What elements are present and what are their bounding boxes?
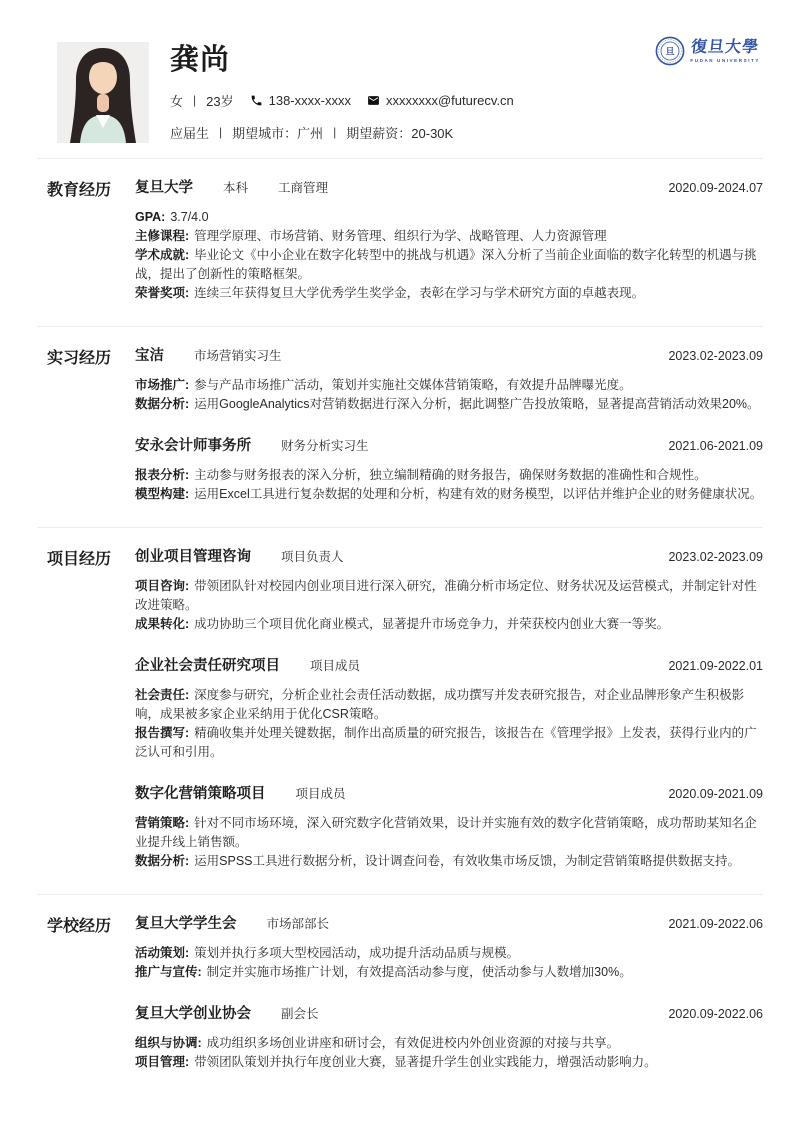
fudan-university-logo: 旦 復旦大學 FUDAN UNIVERSITY: [655, 36, 760, 66]
entry-bullets: 市场推广:参与产品市场推广活动，策划并实施社交媒体营销策略，有效提升品牌曝光度。…: [135, 376, 763, 414]
profile-photo: [57, 42, 149, 143]
svg-text:旦: 旦: [666, 47, 675, 57]
entry-meta: 市场营销实习生: [164, 346, 282, 364]
phone-number: 138-xxxx-xxxx: [269, 93, 351, 108]
section-title: 教育经历: [47, 176, 135, 303]
bullet-label: 报告撰写:: [135, 726, 189, 740]
entry-date: 2021.09-2022.01: [668, 659, 763, 673]
contact-row: 女 | 23岁 138-xxxx-xxxx xxxxxxxx@futurecv.…: [170, 91, 763, 110]
experience-entry: 复旦大学学生会 市场部部长 2021.09-2022.06 活动策划:策划并执行…: [135, 912, 763, 982]
entry-bullet: 社会责任:深度参与研究，分析企业社会责任活动数据，成功撰写并发表研究报告，对企业…: [135, 686, 763, 724]
entry-bullet: 项目管理:带领团队策划并执行年度创业大赛，显著提升学生创业实践能力，增强活动影响…: [135, 1053, 763, 1072]
entry-header: 复旦大学学生会 市场部部长 2021.09-2022.06: [135, 912, 763, 933]
entry-date: 2021.09-2022.06: [668, 917, 763, 931]
section-title: 项目经历: [47, 545, 135, 871]
bullet-text: 运用GoogleAnalytics对营销数据进行深入分析，据此调整广告投放策略，…: [194, 397, 759, 411]
bullet-text: 成功组织多场创业讲座和研讨会，有效促进校内外创业资源的对接与共享。: [207, 1036, 620, 1050]
entry-bullet: 模型构建:运用Excel工具进行复杂数据的处理和分析，构建有效的财务模型，以评估…: [135, 485, 763, 504]
entry-bullet: 报告撰写:精确收集并处理关键数据，制作出高质量的研究报告，该报告在《管理学报》上…: [135, 724, 763, 762]
resume-header: 龚尚 女 | 23岁 138-xxxx-xxxx xxxxxxxx@future…: [0, 0, 800, 158]
bullet-label: 推广与宣传:: [135, 965, 202, 979]
logo-chinese-name: 復旦大學: [690, 38, 760, 56]
resume-section: 项目经历 创业项目管理咨询 项目负责人 2023.02-2023.09 项目咨询…: [37, 527, 763, 894]
bullet-text: 运用SPSS工具进行数据分析，设计调查问卷，有效收集市场反馈，为制定营销策略提供…: [194, 854, 740, 868]
entry-role: 工商管理: [278, 178, 328, 196]
bullet-text: 成功协助三个项目优化商业模式，显著提升市场竞争力，并荣获校内创业大赛一等奖。: [194, 617, 669, 631]
entry-role: 市场营销实习生: [194, 346, 282, 364]
bullet-text: 主动参与财务报表的深入分析，独立编制精确的财务报告，确保财务数据的准确性和合规性…: [194, 468, 707, 482]
entry-bullet: 活动策划:策划并执行多项大型校园活动，成功提升活动品质与规模。: [135, 944, 763, 963]
bullet-text: 连续三年获得复旦大学优秀学生奖学金，表彰在学习与学术研究方面的卓越表现。: [194, 286, 644, 300]
entry-bullet: 报表分析:主动参与财务报表的深入分析，独立编制精确的财务报告，确保财务数据的准确…: [135, 466, 763, 485]
entry-header: 宝洁 市场营销实习生 2023.02-2023.09: [135, 344, 763, 365]
bullet-label: 市场推广:: [135, 378, 189, 392]
bullet-text: 策划并执行多项大型校园活动，成功提升活动品质与规模。: [194, 946, 519, 960]
section-entries: 复旦大学 本科工商管理 2020.09-2024.07 GPA:3.7/4.0 …: [135, 176, 763, 303]
entry-role: 项目负责人: [281, 547, 344, 565]
entry-bullet: 项目咨询:带领团队针对校园内创业项目进行深入研究，准确分析市场定位、财务状况及运…: [135, 577, 763, 615]
bullet-label: 营销策略:: [135, 816, 189, 830]
entry-bullet: 营销策略:针对不同市场环境，深入研究数字化营销效果，设计并实施有效的数字化营销策…: [135, 814, 763, 852]
entry-org: 创业项目管理咨询: [135, 545, 251, 566]
entry-role: 项目成员: [310, 656, 360, 674]
experience-entry: 复旦大学创业协会 副会长 2020.09-2022.06 组织与协调:成功组织多…: [135, 1002, 763, 1072]
entry-meta: 副会长: [251, 1004, 319, 1022]
entry-bullets: 社会责任:深度参与研究，分析企业社会责任活动数据，成功撰写并发表研究报告，对企业…: [135, 686, 763, 762]
section-title: 实习经历: [47, 344, 135, 504]
entry-bullets: 活动策划:策划并执行多项大型校园活动，成功提升活动品质与规模。 推广与宣传:制定…: [135, 944, 763, 982]
entry-role: 副会长: [281, 1004, 319, 1022]
entry-bullet: GPA:3.7/4.0: [135, 208, 763, 227]
resume-section: 实习经历 宝洁 市场营销实习生 2023.02-2023.09 市场推广:参与产…: [37, 326, 763, 527]
entry-bullet: 推广与宣传:制定并实施市场推广计划，有效提高活动参与度，使活动参与人数增加30%…: [135, 963, 763, 982]
section-entries: 创业项目管理咨询 项目负责人 2023.02-2023.09 项目咨询:带领团队…: [135, 545, 763, 871]
entry-header: 数字化营销策略项目 项目成员 2020.09-2021.09: [135, 782, 763, 803]
bullet-text: 深度参与研究，分析企业社会责任活动数据，成功撰写并发表研究报告，对企业品牌形象产…: [135, 688, 744, 721]
entry-bullet: 数据分析:运用GoogleAnalytics对营销数据进行深入分析，据此调整广告…: [135, 395, 763, 414]
bullet-label: 活动策划:: [135, 946, 189, 960]
phone-icon: [250, 94, 263, 107]
entry-bullet: 数据分析:运用SPSS工具进行数据分析，设计调查问卷，有效收集市场反馈，为制定营…: [135, 852, 763, 871]
resume-page: 龚尚 女 | 23岁 138-xxxx-xxxx xxxxxxxx@future…: [0, 0, 800, 1132]
entry-date: 2020.09-2021.09: [668, 787, 763, 801]
separator: |: [219, 125, 222, 139]
bullet-text: 带领团队针对校园内创业项目进行深入研究，准确分析市场定位、财务状况及运营模式，并…: [135, 579, 757, 612]
experience-entry: 企业社会责任研究项目 项目成员 2021.09-2022.01 社会责任:深度参…: [135, 654, 763, 762]
entry-header: 创业项目管理咨询 项目负责人 2023.02-2023.09: [135, 545, 763, 566]
entry-bullets: 营销策略:针对不同市场环境，深入研究数字化营销效果，设计并实施有效的数字化营销策…: [135, 814, 763, 871]
entry-org: 复旦大学: [135, 176, 193, 197]
bullet-text: 参与产品市场推广活动，策划并实施社交媒体营销策略，有效提升品牌曝光度。: [194, 378, 632, 392]
entry-header: 安永会计师事务所 财务分析实习生 2021.06-2021.09: [135, 434, 763, 455]
email-address: xxxxxxxx@futurecv.cn: [386, 93, 514, 108]
bullet-label: 项目管理:: [135, 1055, 189, 1069]
bullet-text: 针对不同市场环境，深入研究数字化营销效果，设计并实施有效的数字化营销策略，成功帮…: [135, 816, 757, 849]
entry-org: 复旦大学学生会: [135, 912, 237, 933]
entry-org: 复旦大学创业协会: [135, 1002, 251, 1023]
experience-entry: 数字化营销策略项目 项目成员 2020.09-2021.09 营销策略:针对不同…: [135, 782, 763, 871]
bullet-text: 管理学原理、市场营销、财务管理、组织行为学、战略管理、人力资源管理: [194, 229, 607, 243]
bullet-label: 学术成就:: [135, 248, 189, 262]
bullet-text: 毕业论文《中小企业在数字化转型中的挑战与机遇》深入分析了当前企业面临的数字化转型…: [135, 248, 757, 281]
entry-header: 企业社会责任研究项目 项目成员 2021.09-2022.01: [135, 654, 763, 675]
age-label: 23岁: [206, 91, 233, 110]
entry-bullet: 荣誉奖项:连续三年获得复旦大学优秀学生奖学金，表彰在学习与学术研究方面的卓越表现…: [135, 284, 763, 303]
entry-role: 财务分析实习生: [281, 436, 369, 454]
entry-bullets: 组织与协调:成功组织多场创业讲座和研讨会，有效促进校内外创业资源的对接与共享。 …: [135, 1034, 763, 1072]
entry-org: 数字化营销策略项目: [135, 782, 266, 803]
experience-entry: 复旦大学 本科工商管理 2020.09-2024.07 GPA:3.7/4.0 …: [135, 176, 763, 303]
bullet-text: 运用Excel工具进行复杂数据的处理和分析，构建有效的财务模型，以评估并维护企业…: [194, 487, 762, 501]
bullet-label: 数据分析:: [135, 397, 189, 411]
entry-role: 项目成员: [296, 784, 346, 802]
expected-salary: 期望薪资：20-30K: [346, 123, 453, 142]
entry-bullet: 成果转化:成功协助三个项目优化商业模式，显著提升市场竞争力，并荣获校内创业大赛一…: [135, 615, 763, 634]
separator: |: [193, 93, 196, 107]
envelope-icon: [367, 94, 380, 107]
entry-date: 2021.06-2021.09: [668, 439, 763, 453]
experience-entry: 安永会计师事务所 财务分析实习生 2021.06-2021.09 报表分析:主动…: [135, 434, 763, 504]
entry-org: 企业社会责任研究项目: [135, 654, 280, 675]
bullet-label: 数据分析:: [135, 854, 189, 868]
bullet-label: 模型构建:: [135, 487, 189, 501]
bullet-label: GPA:: [135, 210, 165, 224]
section-entries: 宝洁 市场营销实习生 2023.02-2023.09 市场推广:参与产品市场推广…: [135, 344, 763, 504]
entry-header: 复旦大学创业协会 副会长 2020.09-2022.06: [135, 1002, 763, 1023]
gender-label: 女: [170, 91, 183, 110]
resume-sections: 教育经历 复旦大学 本科工商管理 2020.09-2024.07 GPA:3.7…: [0, 158, 800, 1095]
entry-role: 市场部部长: [267, 914, 330, 932]
logo-english-name: FUDAN UNIVERSITY: [690, 58, 760, 63]
entry-bullet: 组织与协调:成功组织多场创业讲座和研讨会，有效促进校内外创业资源的对接与共享。: [135, 1034, 763, 1053]
bullet-label: 组织与协调:: [135, 1036, 202, 1050]
resume-section: 学校经历 复旦大学学生会 市场部部长 2021.09-2022.06 活动策划:…: [37, 894, 763, 1095]
experience-entry: 宝洁 市场营销实习生 2023.02-2023.09 市场推广:参与产品市场推广…: [135, 344, 763, 414]
bullet-label: 报表分析:: [135, 468, 189, 482]
entry-header: 复旦大学 本科工商管理 2020.09-2024.07: [135, 176, 763, 197]
bullet-label: 主修课程:: [135, 229, 189, 243]
entry-org: 安永会计师事务所: [135, 434, 251, 455]
entry-bullet: 市场推广:参与产品市场推广活动，策划并实施社交媒体营销策略，有效提升品牌曝光度。: [135, 376, 763, 395]
bullet-label: 成果转化:: [135, 617, 189, 631]
bullet-label: 社会责任:: [135, 688, 189, 702]
bullet-label: 荣誉奖项:: [135, 286, 189, 300]
bullet-text: 精确收集并处理关键数据，制作出高质量的研究报告，该报告在《管理学报》上发表，获得…: [135, 726, 757, 759]
bullet-text: 制定并实施市场推广计划，有效提高活动参与度，使活动参与人数增加30%。: [207, 965, 632, 979]
entry-meta: 项目负责人: [251, 547, 344, 565]
bullet-label: 项目咨询:: [135, 579, 189, 593]
separator: |: [333, 125, 336, 139]
entry-date: 2020.09-2022.06: [668, 1007, 763, 1021]
resume-section: 教育经历 复旦大学 本科工商管理 2020.09-2024.07 GPA:3.7…: [37, 158, 763, 326]
bullet-text: 带领团队策划并执行年度创业大赛，显著提升学生创业实践能力，增强活动影响力。: [194, 1055, 657, 1069]
logo-texts: 復旦大學 FUDAN UNIVERSITY: [690, 38, 760, 63]
section-title: 学校经历: [47, 912, 135, 1072]
entry-role: 本科: [223, 178, 248, 196]
section-entries: 复旦大学学生会 市场部部长 2021.09-2022.06 活动策划:策划并执行…: [135, 912, 763, 1072]
entry-bullets: 报表分析:主动参与财务报表的深入分析，独立编制精确的财务报告，确保财务数据的准确…: [135, 466, 763, 504]
entry-meta: 项目成员: [266, 784, 346, 802]
expected-city: 期望城市：广州: [232, 123, 323, 142]
entry-date: 2023.02-2023.09: [668, 349, 763, 363]
status-label: 应届生: [170, 123, 209, 142]
entry-bullets: GPA:3.7/4.0 主修课程:管理学原理、市场营销、财务管理、组织行为学、战…: [135, 208, 763, 303]
fudan-university-seal-icon: 旦: [655, 36, 685, 66]
entry-bullet: 主修课程:管理学原理、市场营销、财务管理、组织行为学、战略管理、人力资源管理: [135, 227, 763, 246]
entry-meta: 项目成员: [280, 656, 360, 674]
entry-meta: 市场部部长: [237, 914, 330, 932]
entry-date: 2020.09-2024.07: [668, 181, 763, 195]
entry-date: 2023.02-2023.09: [668, 550, 763, 564]
entry-org: 宝洁: [135, 344, 164, 365]
profile-photo-illustration: [57, 42, 149, 143]
entry-meta: 财务分析实习生: [251, 436, 369, 454]
entry-bullets: 项目咨询:带领团队针对校园内创业项目进行深入研究，准确分析市场定位、财务状况及运…: [135, 577, 763, 634]
expectation-row: 应届生 | 期望城市：广州 | 期望薪资：20-30K: [170, 123, 763, 142]
bullet-text: 3.7/4.0: [170, 210, 208, 224]
experience-entry: 创业项目管理咨询 项目负责人 2023.02-2023.09 项目咨询:带领团队…: [135, 545, 763, 634]
entry-bullet: 学术成就:毕业论文《中小企业在数字化转型中的挑战与机遇》深入分析了当前企业面临的…: [135, 246, 763, 284]
entry-meta: 本科工商管理: [193, 178, 328, 196]
